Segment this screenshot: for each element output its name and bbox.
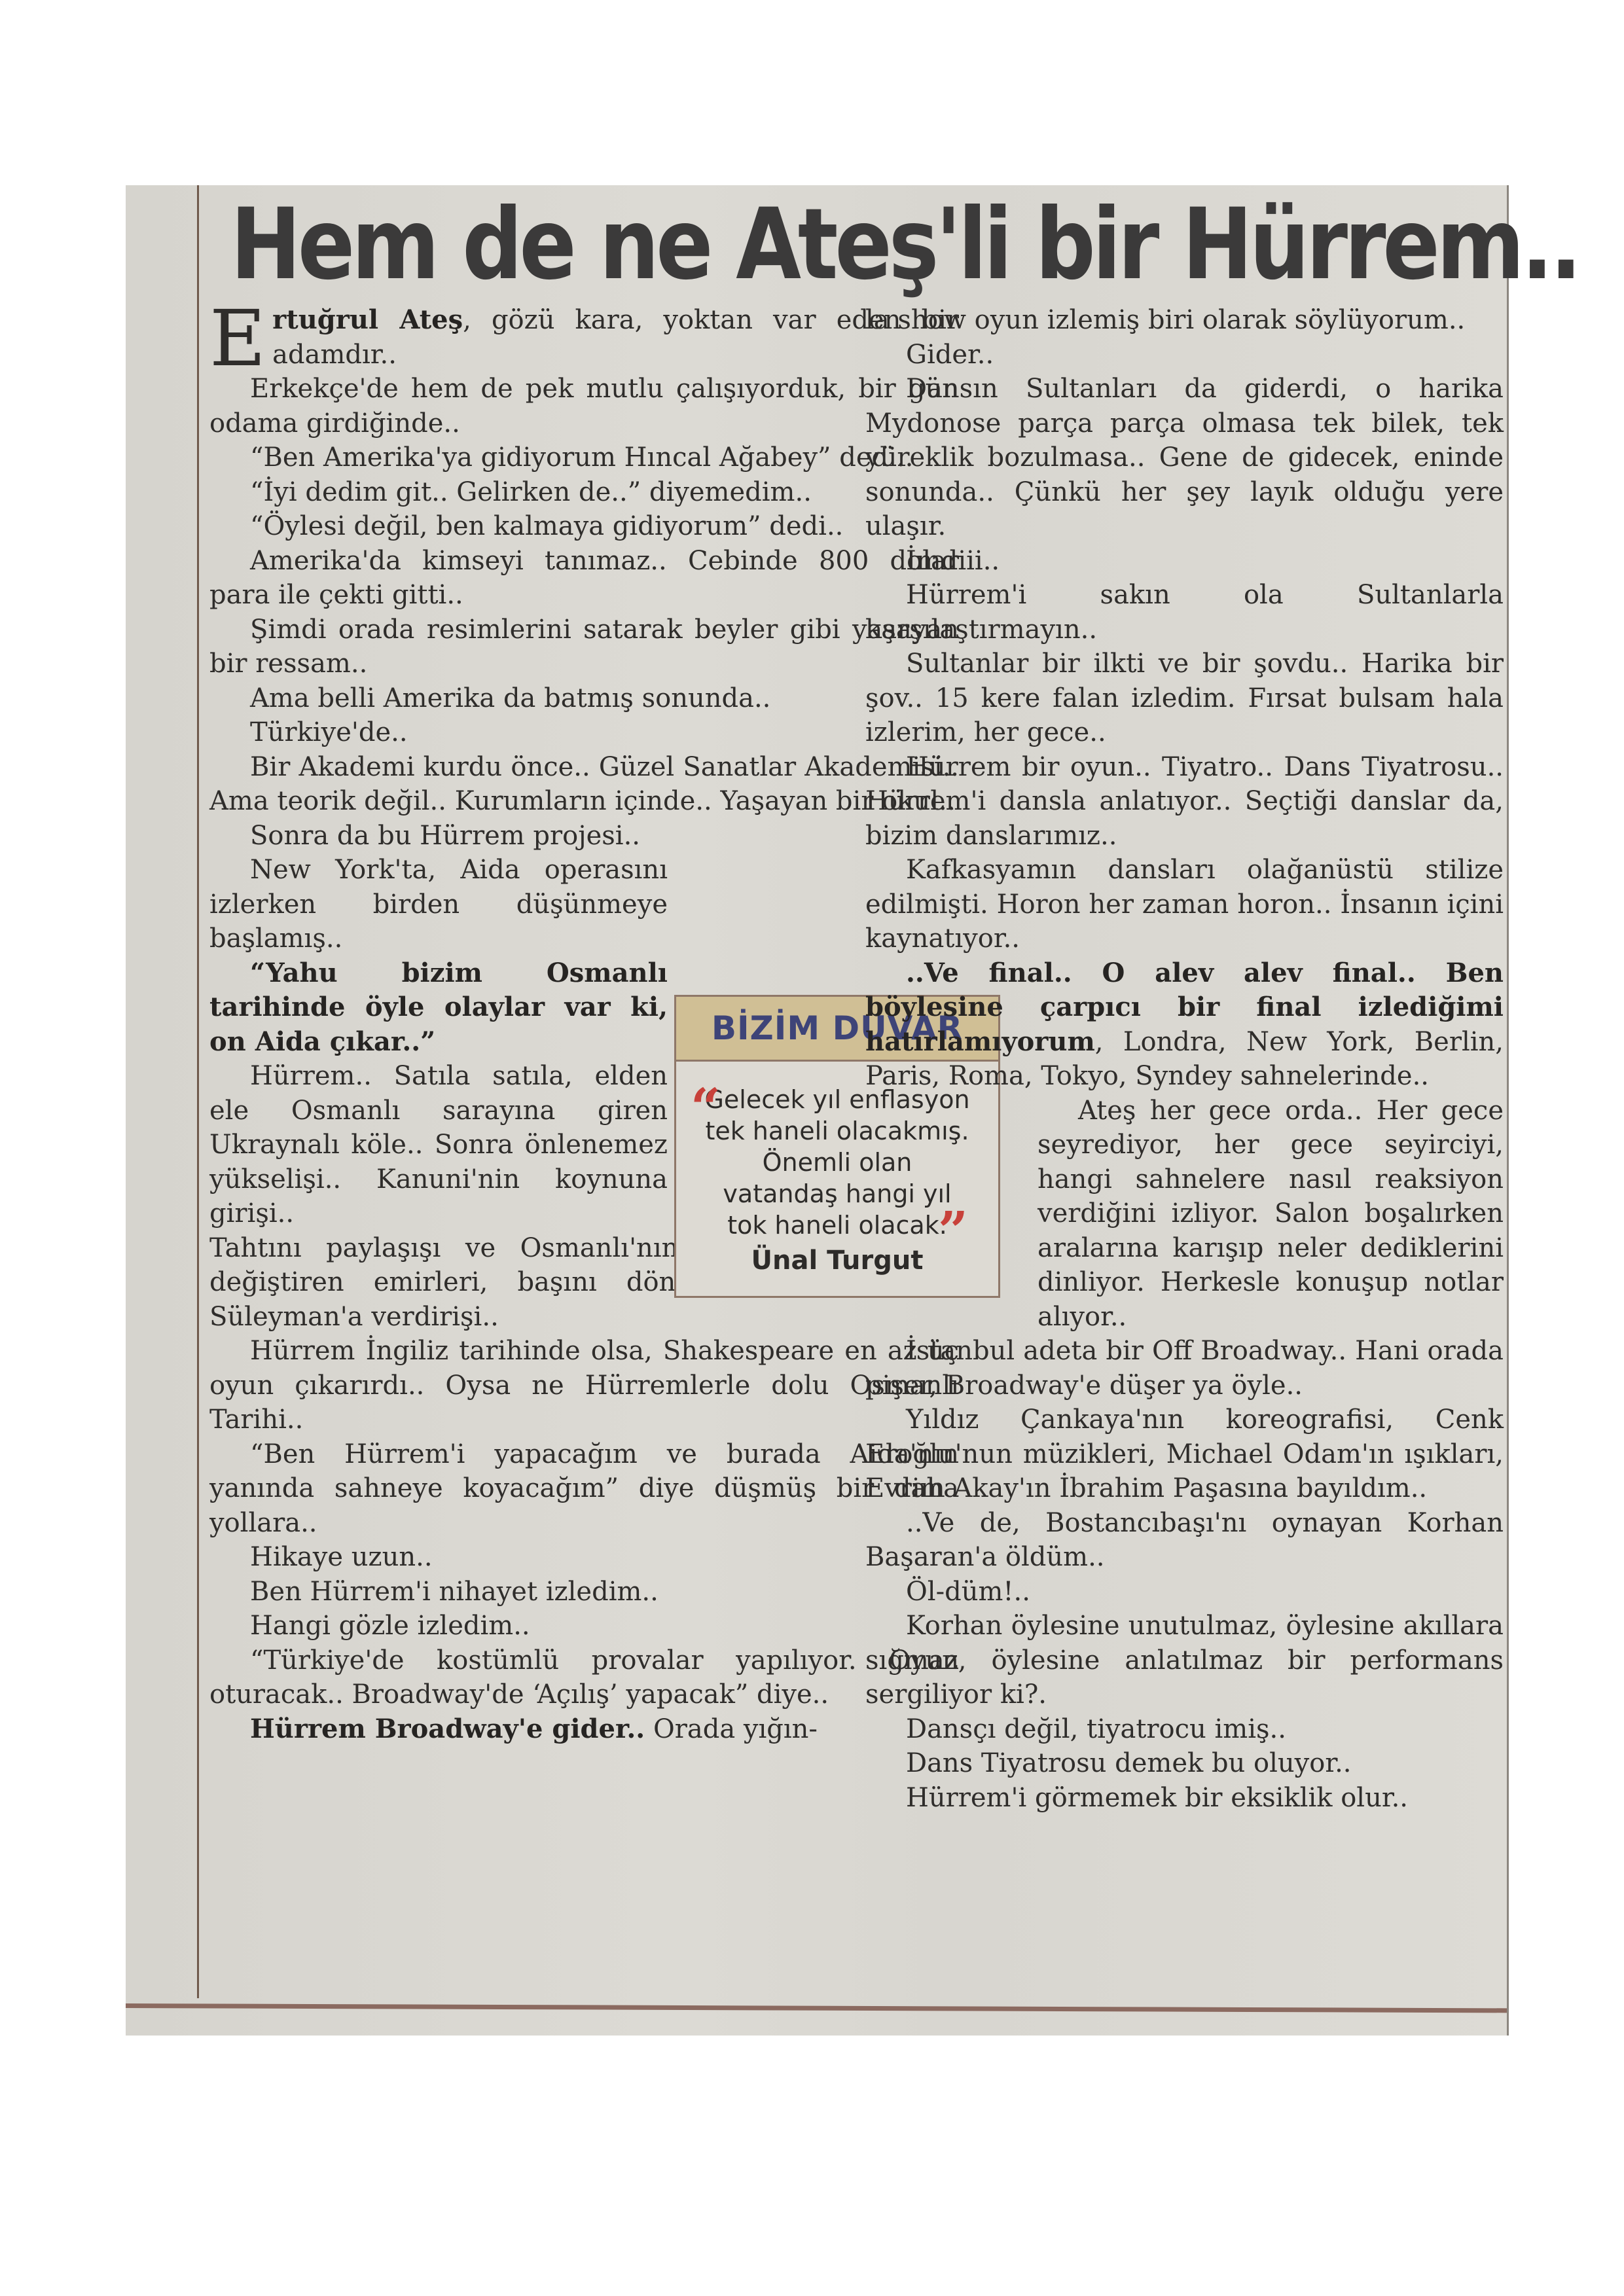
paragraph: Hürrem'i sakın ola Sultanlarla karşılaşt… <box>865 578 1504 647</box>
paragraph: “Ben Hürrem'i yapacağım ve burada Aida'n… <box>209 1437 959 1541</box>
paragraph: Ama belli Amerika da batmış sonunda.. <box>209 681 959 716</box>
paragraph: Ertuğrul Ateş, gözü kara, yoktan var ede… <box>209 303 959 372</box>
paragraph: Hürrem bir oyun.. Tiyatro.. Dans Tiyatro… <box>865 750 1504 853</box>
paragraph: “Türkiye'de kostümlü provalar yapılıyor.… <box>209 1643 959 1712</box>
paragraph: “Öylesi değil, ben kalmaya gidiyorum” de… <box>209 509 959 544</box>
paragraph: Korhan öylesine unutulmaz, öylesine akıl… <box>865 1609 1504 1712</box>
paragraph: Hürrem Broadway'e gider.. Orada yığın- <box>209 1712 959 1747</box>
paragraph: Hürrem.. Satıla satıla, elden ele Osmanl… <box>209 1059 668 1231</box>
vertical-rule <box>197 185 199 1998</box>
paragraph: ..Ve final.. O alev alev final.. Ben böy… <box>865 956 1504 1094</box>
paragraph: Hürrem İngiliz tarihinde olsa, Shakespea… <box>209 1334 959 1437</box>
paragraph: Öl-düm!.. <box>865 1575 1504 1609</box>
paragraph: Bir Akademi kurdu önce.. Güzel Sanatlar … <box>209 750 959 819</box>
paragraph: Dansçı değil, tiyatrocu imiş.. <box>865 1712 1504 1747</box>
paragraph: İmdiii.. <box>865 544 1504 579</box>
paragraph: Erkekçe'de hem de pek mutlu çalışıyorduk… <box>209 372 959 440</box>
paragraph: Yıldız Çankaya'nın koreografisi, Cenk Er… <box>865 1403 1504 1506</box>
paragraph: la show oyun izlemiş biri olarak söylüyo… <box>865 303 1504 338</box>
paragraph: Türkiye'de.. <box>209 715 959 750</box>
paragraph: Ben Hürrem'i nihayet izledim.. <box>209 1575 959 1609</box>
paragraph: Dansın Sultanları da giderdi, o harika M… <box>865 372 1504 544</box>
paragraph: Sonra da bu Hürrem projesi.. <box>209 819 959 853</box>
headline: Hem de ne Ateş'li bir Hürrem.. <box>230 189 1328 300</box>
paragraph: Hikaye uzun.. <box>209 1540 959 1575</box>
paragraph: ..Ve de, Bostancıbaşı'nı oynayan Korhan … <box>865 1506 1504 1575</box>
paragraph: New York'ta, Aida operasını izlerken bir… <box>209 853 668 956</box>
paragraph: İstanbul adeta bir Off Broadway.. Hani o… <box>865 1334 1504 1403</box>
paragraph: Dans Tiyatrosu demek bu oluyor.. <box>865 1746 1504 1781</box>
paragraph: “Ben Amerika'ya gidiyorum Hıncal Ağabey”… <box>209 440 959 475</box>
newspaper-clipping: Hem de ne Ateş'li bir Hürrem.. Ertuğrul … <box>126 185 1509 2036</box>
paragraph: Gider.. <box>865 338 1504 372</box>
paragraph: “İyi dedim git.. Gelirken de..” diyemedi… <box>209 475 959 510</box>
bottom-rule <box>126 2003 1507 2013</box>
paragraph: Amerika'da kimseyi tanımaz.. Cebinde 800… <box>209 544 959 613</box>
open-quote-icon: “ <box>691 1081 721 1134</box>
paragraph: Kafkasyamın dansları olağanüstü stilize … <box>865 853 1504 956</box>
pull-quote: “Yahu bizim Osmanlı tarihinde öyle olayl… <box>209 956 668 1060</box>
paragraph: Sultanlar bir ilkti ve bir şovdu.. Harik… <box>865 647 1504 750</box>
paragraph: Ateş her gece orda.. Her gece seyrediyor… <box>1038 1094 1504 1335</box>
paragraph: Hangi gözle izledim.. <box>209 1609 959 1643</box>
drop-cap: E <box>209 307 266 370</box>
right-column: la show oyun izlemiş biri olarak söylüyo… <box>865 303 1504 1815</box>
paragraph: Hürrem'i görmemek bir eksiklik olur.. <box>865 1781 1504 1816</box>
paragraph: Şimdi orada resimlerini satarak beyler g… <box>209 613 959 681</box>
